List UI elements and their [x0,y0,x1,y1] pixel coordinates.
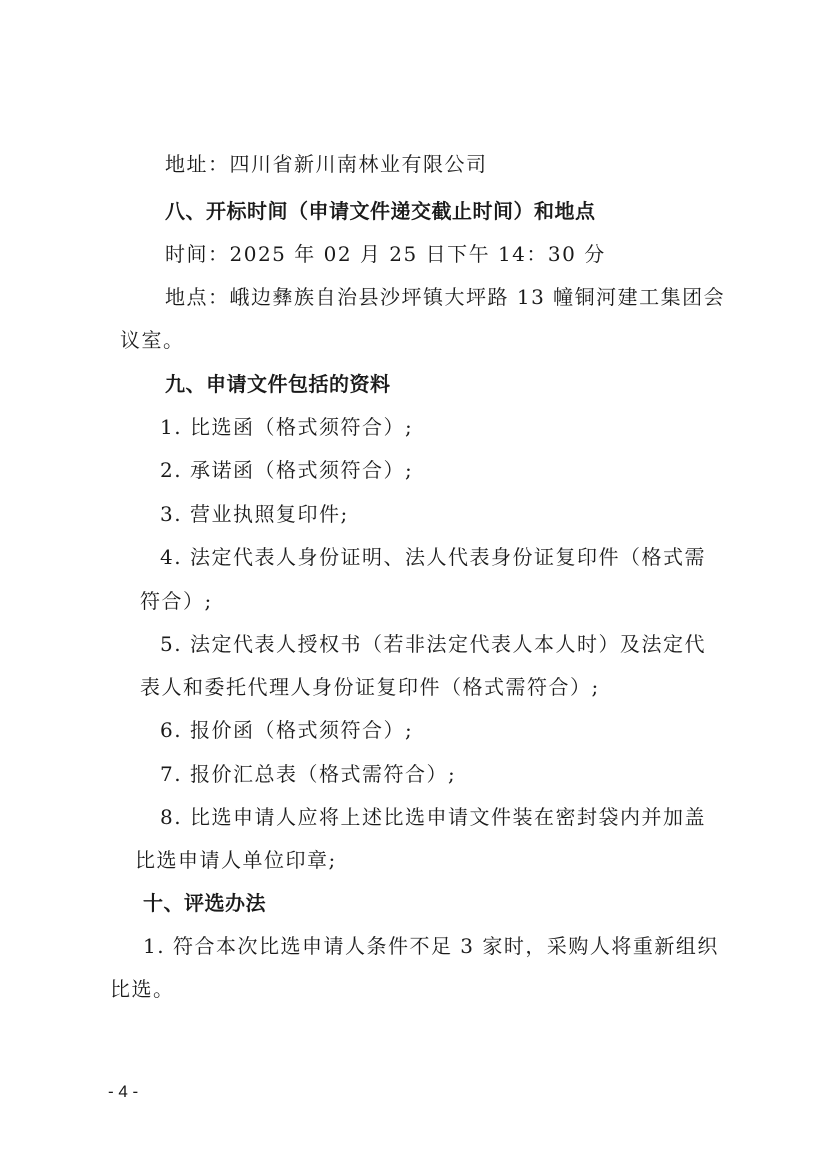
section-heading: 十、评选办法 [143,889,266,917]
text-line: 7. 报价汇总表（格式需符合）; [160,760,456,788]
text-line: 符合）; [140,587,213,615]
section-heading: 九、申请文件包括的资料 [165,370,391,398]
section-heading: 八、开标时间（申请文件递交截止时间）和地点 [165,197,596,225]
text-line: 比选。 [110,975,175,1003]
text-line: 6. 报价函（格式须符合）; [160,716,413,744]
text-line: 5. 法定代表人授权书（若非法定代表人本人时）及法定代 [160,630,706,658]
text-line: 表人和委托代理人身份证复印件（格式需符合）; [140,673,600,701]
page-number: - 4 - [108,1082,138,1102]
text-line: 地点：峨边彝族自治县沙坪镇大坪路 13 幢铜河建工集团会 [165,283,725,311]
text-line: 1. 符合本次比选申请人条件不足 3 家时，采购人将重新组织 [143,932,719,960]
text-line: 比选申请人单位印章; [135,846,337,874]
text-line: 2. 承诺函（格式须符合）; [160,456,413,484]
text-line: 4. 法定代表人身份证明、法人代表身份证复印件（格式需 [160,543,706,571]
text-line: 时间：2025 年 02 月 25 日下午 14：30 分 [165,240,606,268]
text-line: 8. 比选申请人应将上述比选申请文件装在密封袋内并加盖 [160,803,706,831]
text-line: 地址：四川省新川南林业有限公司 [165,150,488,178]
text-line: 3. 营业执照复印件; [160,500,349,528]
text-line: 议室。 [120,326,185,354]
text-line: 1. 比选函（格式须符合）; [160,413,413,441]
